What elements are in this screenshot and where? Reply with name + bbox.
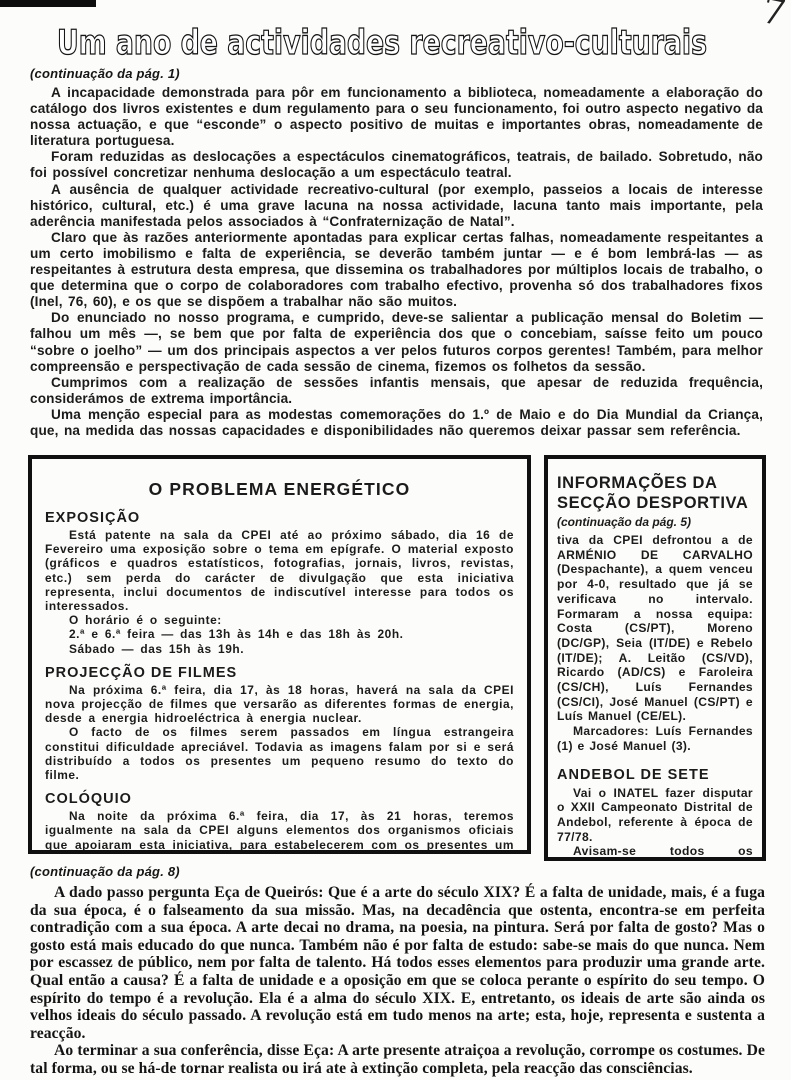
schedule-line: 2.ª e 6.ª feira — das 13h às 14h e das 1… [45,627,514,641]
exposicao-section: Está patente na sala da CPEI até ao próx… [45,528,514,656]
coloquio-section: Na noite da próxima 6.ª feira, dia 17, à… [45,809,514,854]
projeccao-section: Na próxima 6.ª feira, dia 17, às 18 hora… [45,683,514,782]
paragraph: A incapacidade demonstrada para pôr em f… [30,85,763,149]
schedule-intro: O horário é o seguinte: [45,613,514,627]
paragraph: A ausência de qualquer actividade recrea… [30,182,763,230]
paragraph: O facto de os filmes serem passados em l… [45,725,514,782]
sports-report: tiva da CPEI defrontou a de ARMÉNIO DE C… [557,533,753,754]
article-bottom: A dado passo pergunta Eça de Queirós: Qu… [30,884,765,1078]
page-title: Um ano de actividades recreativo-cultura… [0,12,791,66]
section-heading-exposicao: EXPOSIÇÃO [45,510,514,526]
paragraph: Uma menção especial para as modestas com… [30,407,763,439]
energy-box-title: O PROBLEMA ENERGÉTICO [45,479,514,500]
continuation-note-bottom: (continuação da pág. 8) [30,864,180,879]
scanned-bulletin-page: 7 Um ano de actividades recreativo-cultu… [0,0,791,1080]
andebol-section: Vai o INATEL fazer disputar o XXII Campe… [557,786,753,861]
energy-problem-box: O PROBLEMA ENERGÉTICO EXPOSIÇÃO Está pat… [28,455,531,854]
section-heading-andebol: ANDEBOL DE SETE [557,767,753,783]
section-heading-projeccao: PROJECÇÃO DE FILMES [45,665,514,681]
paragraph: Foram reduzidas as deslocações a espectá… [30,149,763,181]
paragraph: Marcadores: Luís Fernandes (1) e José Ma… [557,724,753,753]
paragraph: Claro que às razões anteriormente aponta… [30,230,763,310]
paragraph: Na noite da próxima 6.ª feira, dia 17, à… [45,809,514,854]
page-title-text: Um ano de actividades recreativo-cultura… [57,23,707,63]
paragraph: Vai o INATEL fazer disputar o XXII Campe… [557,786,753,845]
paragraph: Cumprimos com a realização de sessões in… [30,375,763,407]
paragraph: tiva da CPEI defrontou a de ARMÉNIO DE C… [557,533,753,724]
continuation-note-sports: (continuação da pág. 5) [557,515,753,529]
sports-box-title: INFORMAÇÕES DA SECÇÃO DESPORTIVA [557,473,753,513]
section-heading-coloquio: COLÓQUIO [45,791,514,807]
paragraph: Na próxima 6.ª feira, dia 17, às 18 hora… [45,683,514,726]
paragraph: A dado passo pergunta Eça de Queirós: Qu… [30,884,765,1042]
paragraph: Avisam-se todos os interessados que deve… [557,844,753,861]
paragraph: Está patente na sala da CPEI até ao próx… [45,528,514,613]
schedule-line: Sábado — das 15h às 19h. [45,642,514,656]
scan-artifact-bar [0,0,96,7]
continuation-note-top: (continuação da pág. 1) [30,66,180,81]
article-top: A incapacidade demonstrada para pôr em f… [30,85,763,439]
paragraph: Ao terminar a sua conferência, disse Eça… [30,1042,765,1077]
paragraph: Do enunciado no nosso programa, e cumpri… [30,310,763,374]
sports-section-box: INFORMAÇÕES DA SECÇÃO DESPORTIVA (contin… [544,455,766,861]
